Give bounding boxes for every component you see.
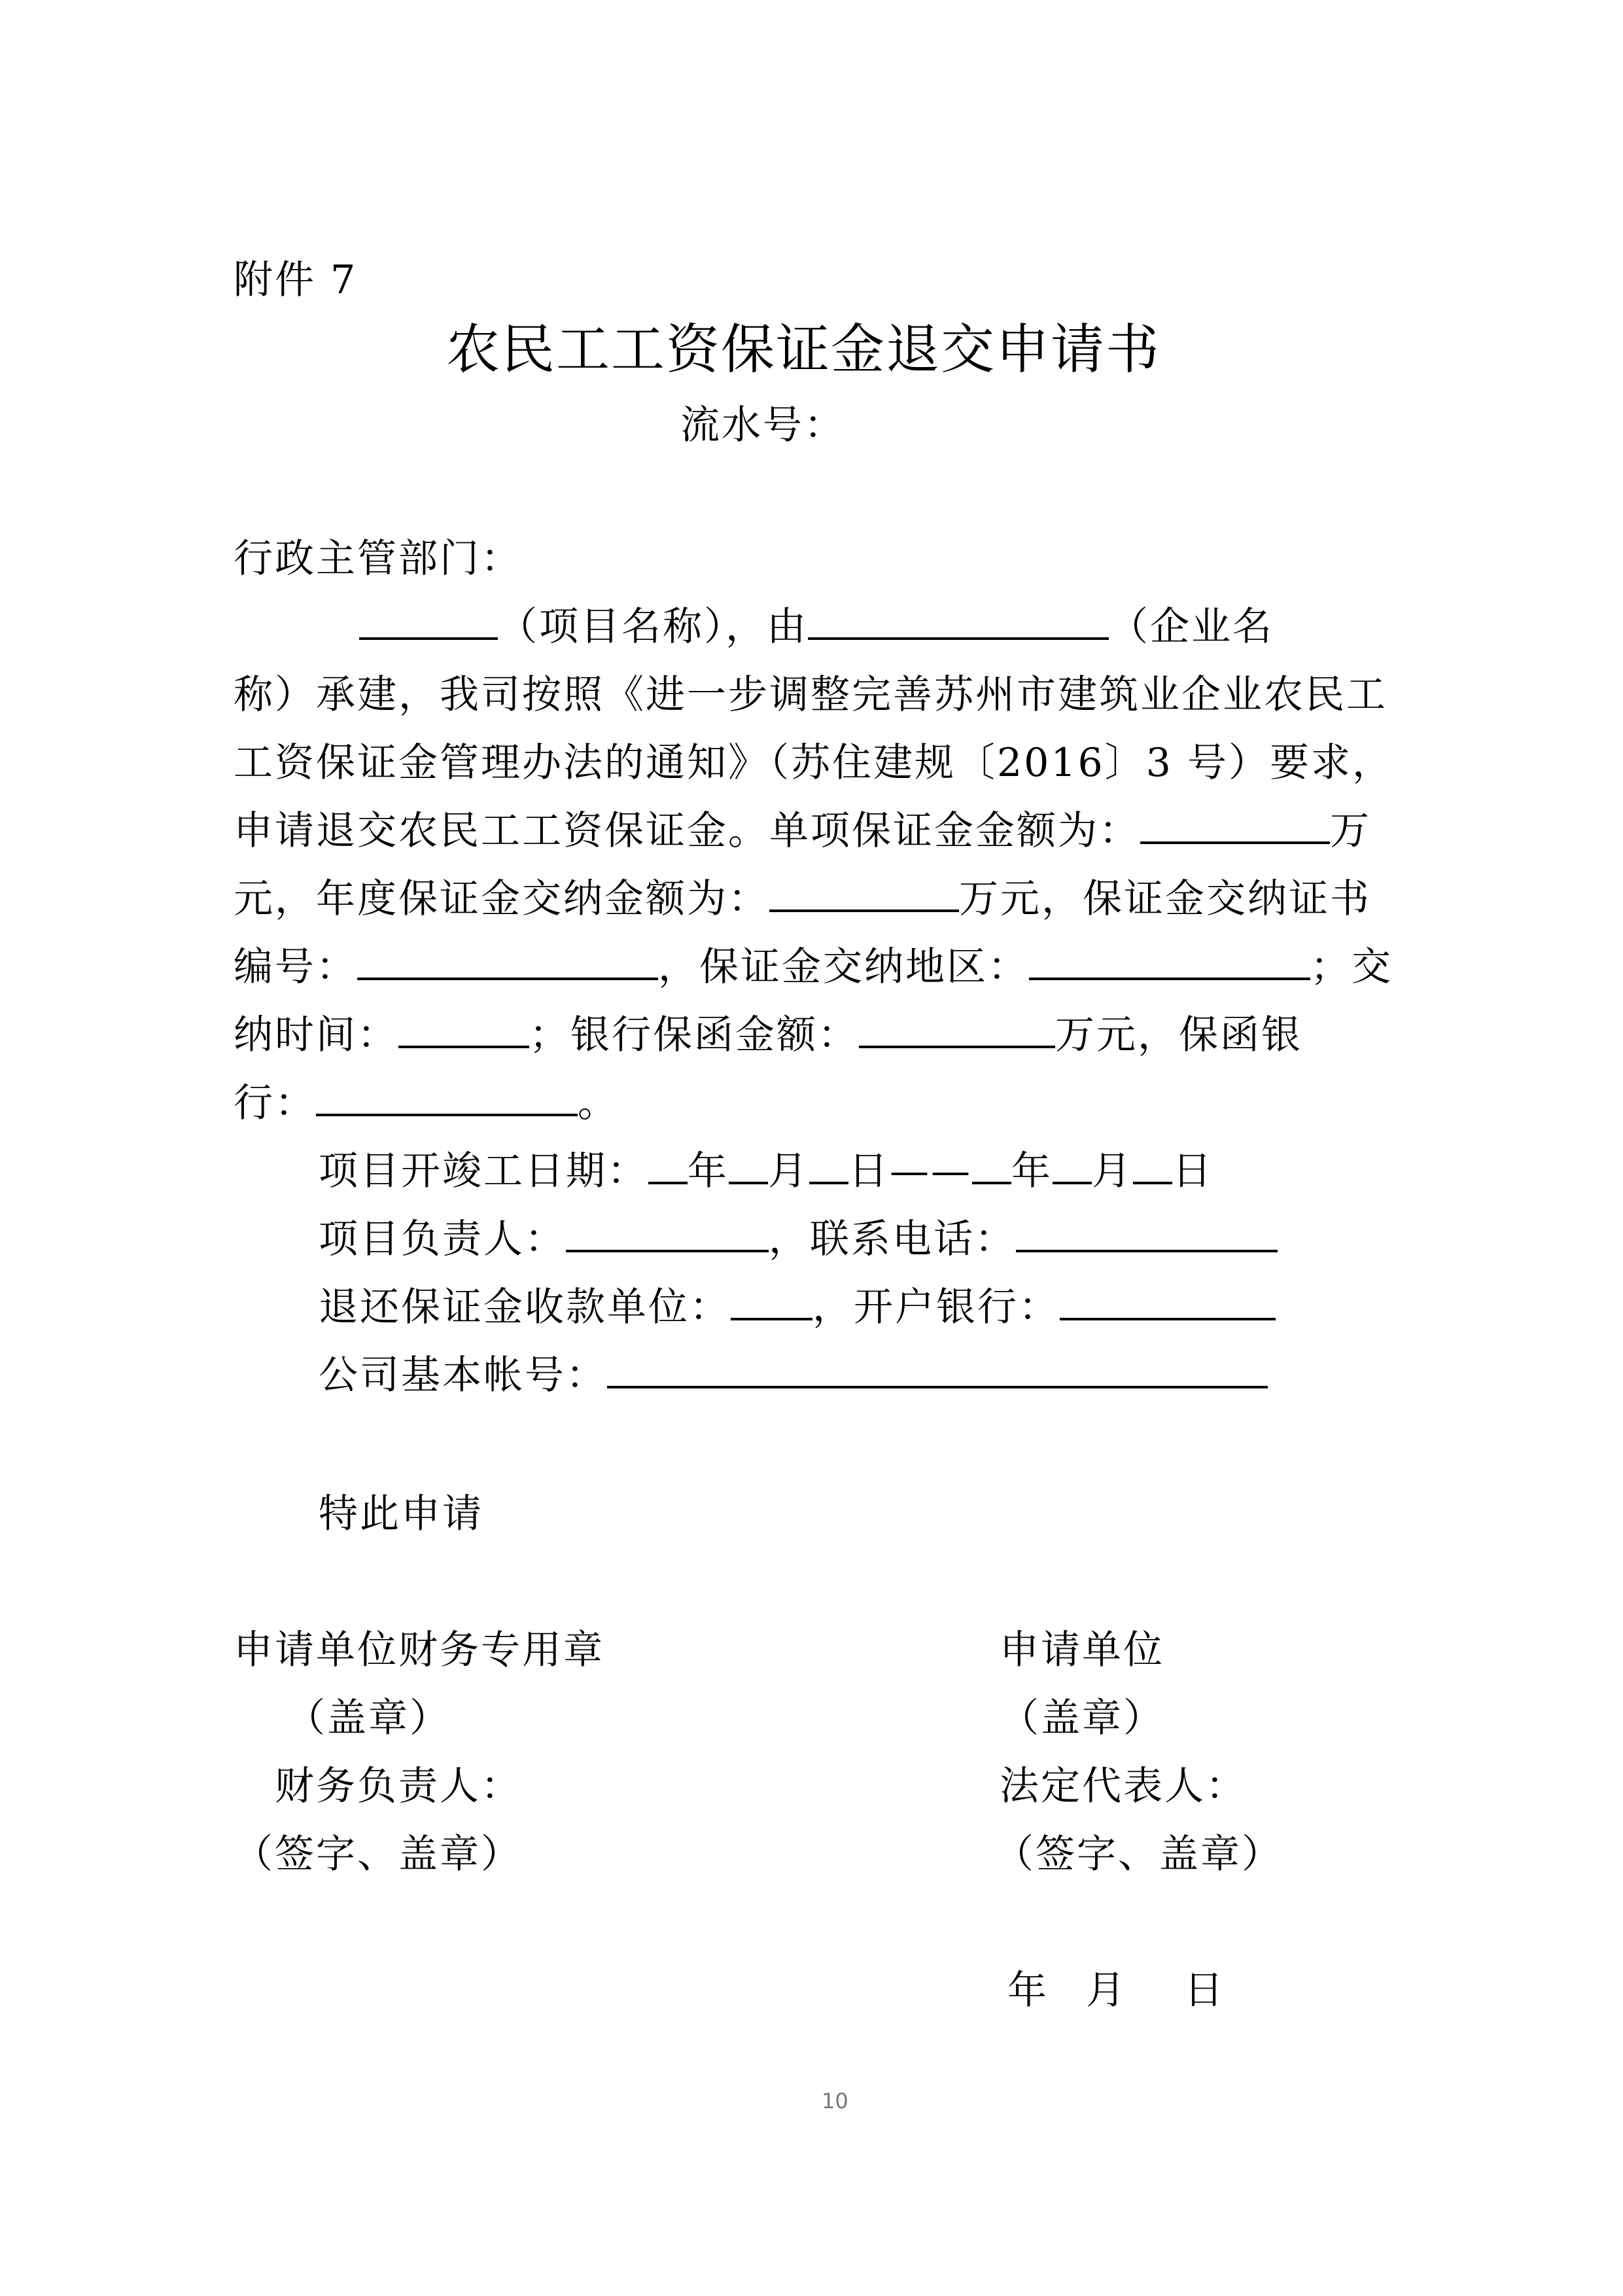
payee-unit-field[interactable] [731, 1286, 812, 1320]
paragraph-line-7: 纳时间：；银行保函金额：万元，保函银 [234, 1014, 1302, 1056]
project-dates-row: 项目开竣工日期：年月日——年月日 [319, 1150, 1213, 1192]
left-signature-title: 申请单位财务专用章 [234, 1629, 604, 1671]
finance-manager-label: 财务负责人： [275, 1765, 522, 1807]
addressee: 行政主管部门： [234, 538, 522, 580]
paragraph-line-5: 元，年度保证金交纳金额为：万元，保证金交纳证书 [234, 878, 1371, 920]
paragraph-line-2: 称）承建，我司按照《进一步调整完善苏州市建筑业企业农民工 [234, 674, 1387, 716]
paragraph-line-8: 行：。 [234, 1082, 619, 1124]
end-day-field[interactable] [1133, 1150, 1172, 1184]
paragraph-line-4: 申请退交农民工工资保证金。单项保证金金额为：万 [234, 810, 1371, 852]
paragraph-line-3: 工资保证金管理办法的通知》（苏住建规〔2016〕3 号）要求， [234, 742, 1393, 784]
document-page: 附件 7 农民工工资保证金退交申请书 流水号： 行政主管部门： （项目名称），由… [0, 0, 1623, 2296]
serial-number-label: 流水号： [680, 404, 845, 446]
project-manager-field[interactable] [566, 1218, 769, 1252]
end-month-field[interactable] [1053, 1150, 1092, 1184]
bank-guarantee-amount-field[interactable] [859, 1014, 1055, 1048]
page-number: 10 [822, 2089, 848, 2113]
end-year-field[interactable] [972, 1150, 1011, 1184]
payee-row: 退还保证金收款单位：，开户银行： [319, 1286, 1276, 1328]
opening-bank-field[interactable] [1060, 1286, 1276, 1320]
date-year-label: 年 [1007, 1969, 1049, 2011]
start-month-field[interactable] [729, 1150, 768, 1184]
contact-phone-field[interactable] [1016, 1218, 1278, 1252]
closing-statement: 特此申请 [319, 1493, 483, 1535]
right-signature-title: 申请单位 [1000, 1629, 1164, 1671]
annual-deposit-amount-field[interactable] [769, 878, 959, 912]
deposit-time-field[interactable] [398, 1014, 529, 1048]
company-account-field[interactable] [607, 1354, 1268, 1388]
project-manager-row: 项目负责人：，联系电话： [319, 1218, 1278, 1260]
left-sign-label: （签字、盖章） [234, 1833, 522, 1875]
single-deposit-amount-field[interactable] [1140, 810, 1330, 844]
left-seal-label: （盖章） [286, 1697, 451, 1739]
guarantee-bank-field[interactable] [316, 1082, 578, 1116]
paragraph-line-1: （项目名称），由（企业名 [234, 606, 1274, 648]
date-day-label: 日 [1184, 1969, 1225, 2011]
attachment-label: 附件 7 [234, 259, 357, 301]
legal-representative-label: 法定代表人： [1000, 1765, 1247, 1807]
right-sign-label: （签字、盖章） [994, 1833, 1283, 1875]
company-name-field[interactable] [808, 606, 1109, 640]
certificate-number-field[interactable] [357, 946, 658, 980]
start-day-field[interactable] [809, 1150, 848, 1184]
project-name-field[interactable] [359, 606, 498, 640]
start-year-field[interactable] [648, 1150, 688, 1184]
date-month-label: 月 [1086, 1969, 1127, 2011]
right-seal-label: （盖章） [1000, 1697, 1164, 1739]
account-row: 公司基本帐号： [319, 1354, 1268, 1396]
document-title: 农民工工资保证金退交申请书 [446, 321, 1161, 380]
deposit-region-field[interactable] [1029, 946, 1310, 980]
paragraph-line-6: 编号：，保证金交纳地区：；交 [234, 946, 1393, 988]
